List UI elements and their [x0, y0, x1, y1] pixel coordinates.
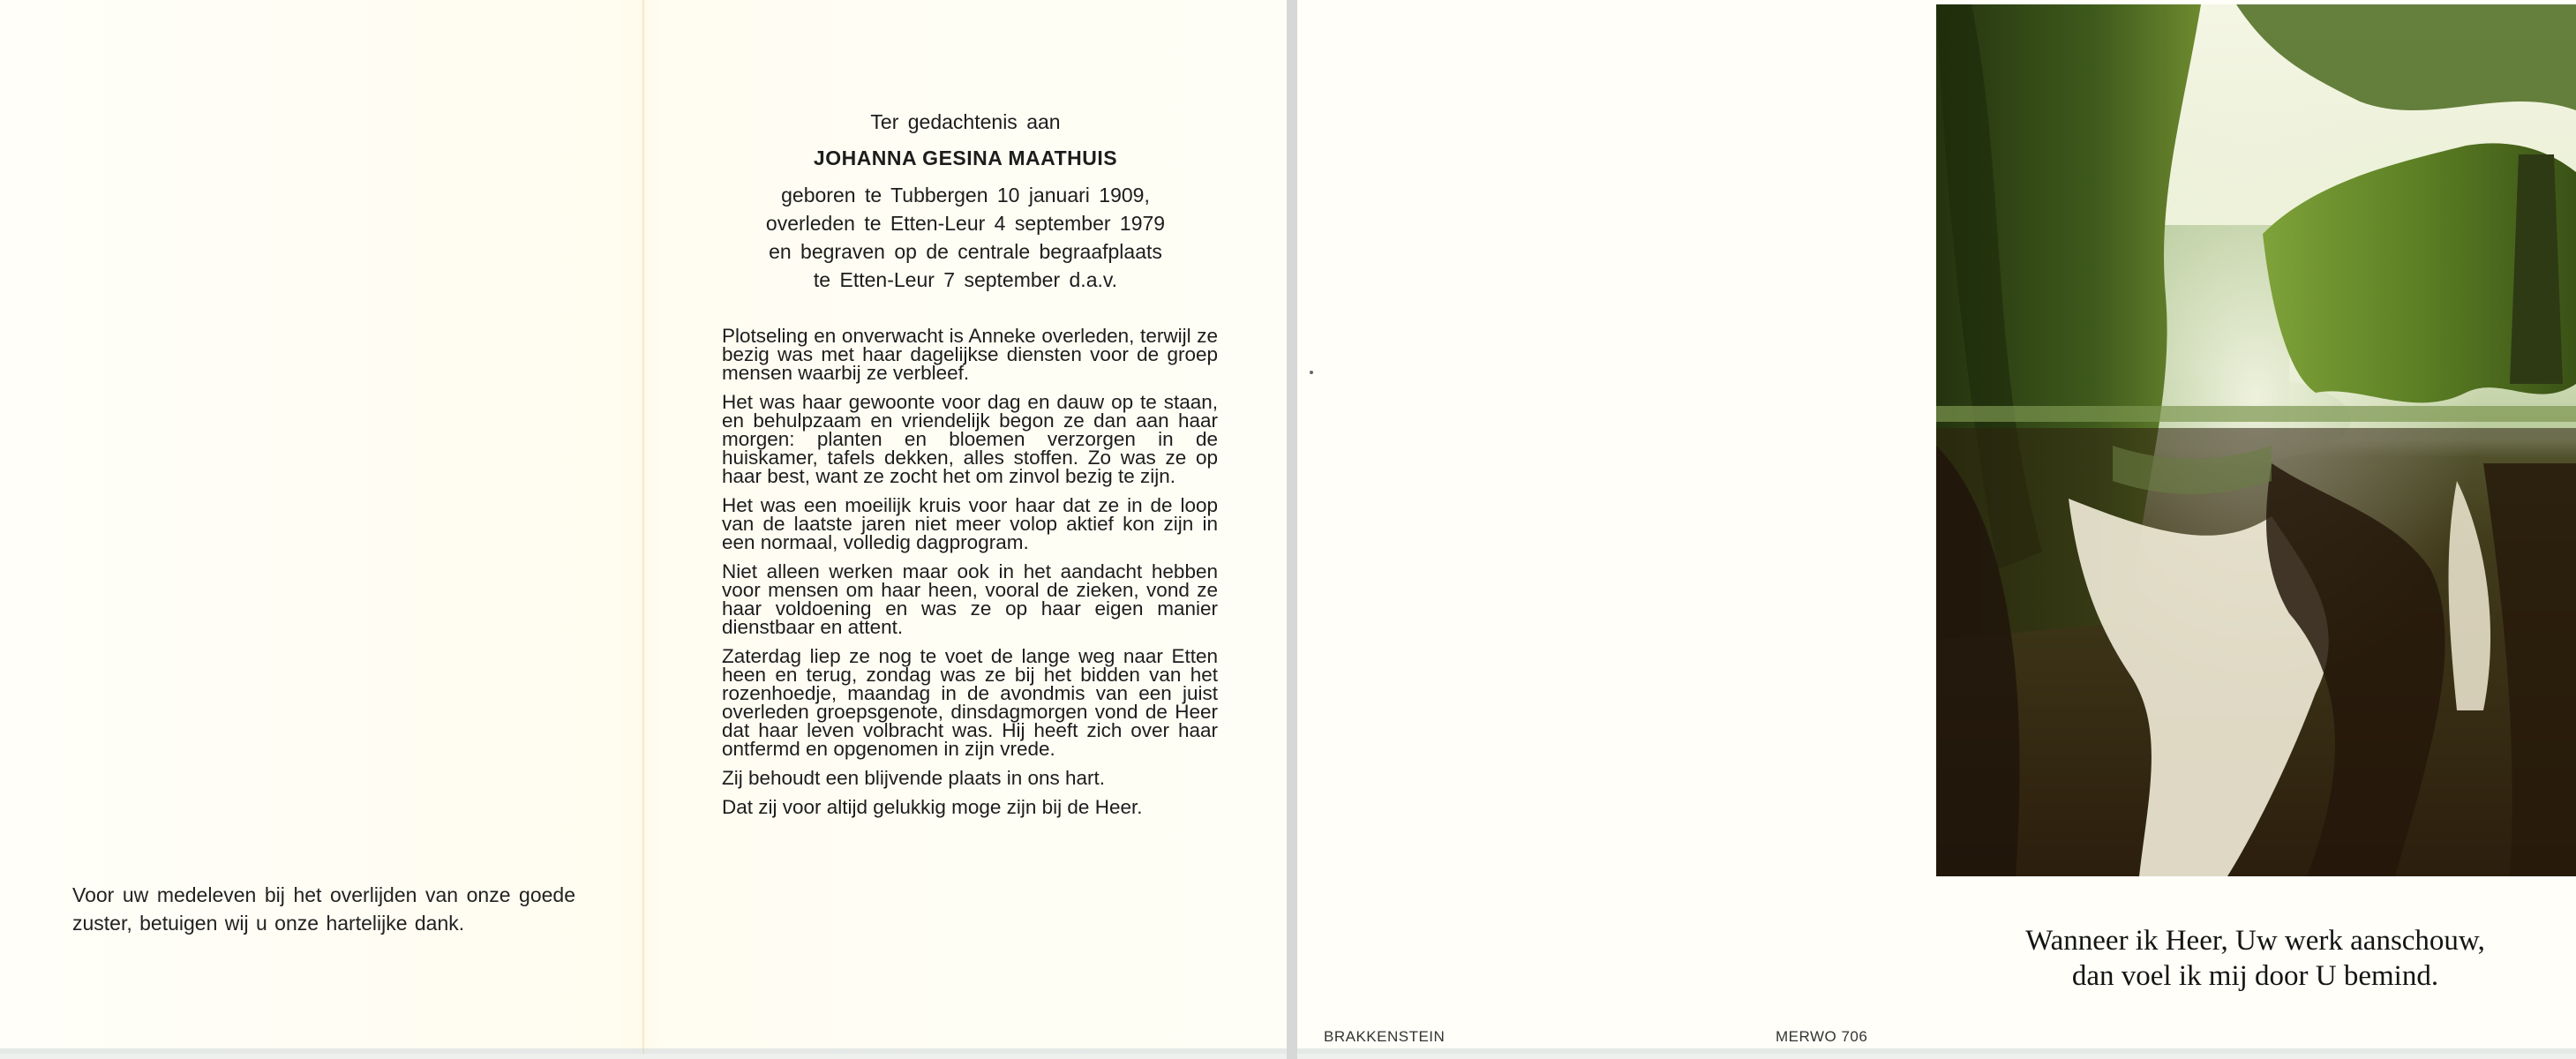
detail-line: en begraven op de centrale begraafplaats — [644, 237, 1287, 266]
memorial-header: Ter gedachtenis aan JOHANNA GESINA MAATH… — [644, 108, 1287, 294]
card-code: MERWO 706 — [1776, 1028, 1867, 1046]
willow-pond-photo — [1936, 4, 2576, 876]
panel-front: Wanneer ik Heer, Uw werk aanschouw, dan … — [1934, 0, 2576, 1054]
memorial-body: Plotseling en onverwacht is Anneke overl… — [722, 327, 1218, 827]
paragraph: Het was een moeilijk kruis voor haar dat… — [722, 496, 1218, 552]
paragraph: Dat zij voor altijd gelukkig moge zijn b… — [722, 798, 1218, 816]
verse: Wanneer ik Heer, Uw werk aanschouw, dan … — [1934, 923, 2576, 994]
memorial-intro: Ter gedachtenis aan — [644, 108, 1287, 136]
deceased-name: JOHANNA GESINA MAATHUIS — [644, 144, 1287, 172]
panel-back: BRAKKENSTEIN MERWO 706 — [1297, 0, 1933, 1054]
detail-line: te Etten-Leur 7 september d.a.v. — [644, 266, 1287, 294]
thanks-text: Voor uw medeleven bij het overlijden van… — [72, 881, 575, 937]
publisher-imprint: BRAKKENSTEIN — [1324, 1028, 1445, 1046]
paragraph: Zij behoudt een blijvende plaats in ons … — [722, 769, 1218, 787]
paragraph: Plotseling en onverwacht is Anneke overl… — [722, 327, 1218, 382]
verse-line: Wanneer ik Heer, Uw werk aanschouw, — [1934, 923, 2576, 958]
paragraph: Zaterdag liep ze nog te voet de lange we… — [722, 647, 1218, 758]
panel-memorial: Ter gedachtenis aan JOHANNA GESINA MAATH… — [644, 0, 1287, 1054]
paragraph: Het was haar gewoonte voor dag en dauw o… — [722, 393, 1218, 485]
detail-line: overleden te Etten-Leur 4 september 1979 — [644, 209, 1287, 237]
card-gap — [1287, 0, 1297, 1059]
paragraph: Niet alleen werken maar ook in het aanda… — [722, 562, 1218, 636]
panel-thanks: Voor uw medeleven bij het overlijden van… — [0, 0, 642, 1054]
verse-line: dan voel ik mij door U bemind. — [1934, 958, 2576, 994]
detail-line: geboren te Tubbergen 10 januari 1909, — [644, 181, 1287, 209]
speck — [1310, 371, 1313, 374]
